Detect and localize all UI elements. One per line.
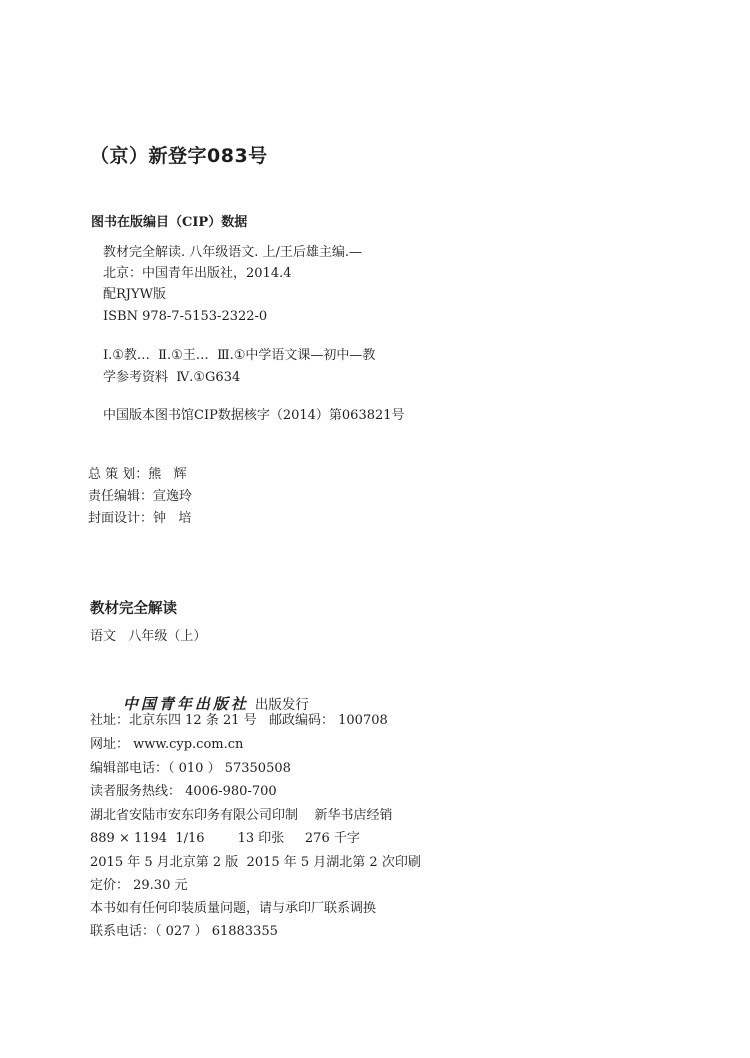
cip-classification-line: 学参考资料 Ⅳ.①G634: [103, 368, 240, 388]
staff-editor: 责任编辑：宣逸玲: [88, 485, 192, 504]
info-contact-phone: 联系电话：（ 027 ） 61883355: [90, 920, 278, 939]
info-price: 定价： 29.30 元: [90, 874, 187, 893]
staff-planner: 总 策 划：熊 辉: [88, 463, 187, 482]
cip-verification: 中国版本图书馆CIP数据核字（2014）第063821号: [103, 406, 405, 426]
info-website: 网址： www.cyp.com.cn: [90, 733, 243, 752]
registration-number: （京）新登字083号: [90, 141, 268, 168]
info-printer: 湖北省安陆市安东印务有限公司印制 新华书店经销: [90, 804, 393, 823]
cip-classification-line: Ⅰ.①教… Ⅱ.①王… Ⅲ.①中学语文课—初中—教: [103, 346, 375, 366]
cip-record-line: 北京：中国青年出版社，2014.4: [103, 264, 292, 284]
cip-title: 图书在版编目（CIP）数据: [91, 211, 247, 230]
info-address: 社址：北京东四 12 条 21 号 邮政编码： 100708: [90, 709, 388, 728]
cip-record-line: 配RJYW版: [103, 285, 166, 305]
info-editorial-phone: 编辑部电话：（ 010 ） 57350508: [90, 757, 291, 776]
cip-isbn: ISBN 978-7-5153-2322-0: [103, 307, 267, 327]
info-edition: 2015 年 5 月北京第 2 版 2015 年 5 月湖北第 2 次印刷: [90, 851, 421, 870]
book-subtitle: 语文 八年级（上）: [90, 625, 206, 644]
book-title: 教材完全解读: [90, 597, 177, 618]
cip-record-line: 教材完全解读. 八年级语文. 上/王后雄主编.—: [103, 243, 362, 263]
staff-cover-design: 封面设计：钟 培: [88, 507, 191, 526]
info-format: 889 × 1194 1/16 13 印张 276 千字: [90, 827, 360, 846]
info-reader-hotline: 读者服务热线： 4006-980-700: [90, 780, 277, 799]
info-quality-notice: 本书如有任何印装质量问题，请与承印厂联系调换: [90, 897, 376, 916]
